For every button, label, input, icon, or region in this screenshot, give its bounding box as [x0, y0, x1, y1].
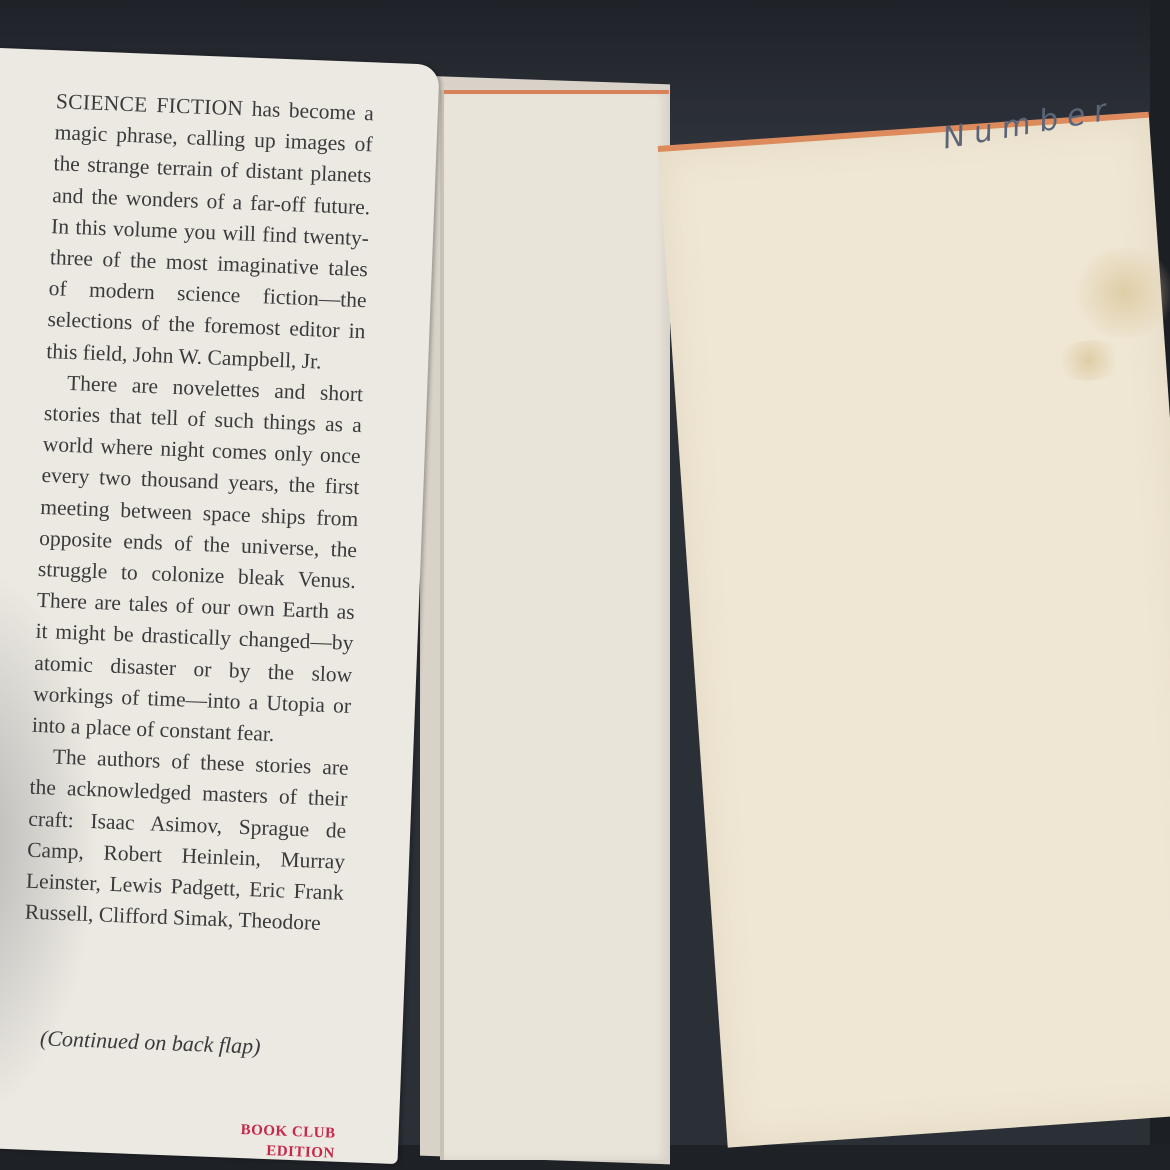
page-edge	[444, 90, 669, 94]
blurb-lead: SCIENCE FICTION	[56, 89, 244, 120]
blurb-paragraph-3: The authors of these stories are the ack…	[24, 741, 349, 940]
dust-jacket-flap: SCIENCE FICTION has become a magic phras…	[0, 48, 440, 1164]
flap-blurb: SCIENCE FICTION has become a magic phras…	[24, 86, 374, 940]
book-club-badge: BOOK CLUB EDITION	[239, 1120, 335, 1164]
blurb-paragraph-2: There are novelettes and short stories t…	[31, 367, 363, 753]
inner-hinge-strip	[440, 90, 669, 1160]
endpaper-page	[658, 116, 1170, 1148]
blurb-paragraph-1: has become a magic phrase, calling up im…	[46, 96, 374, 373]
continued-note: (Continued on back flap)	[40, 1025, 261, 1059]
foxing-stain	[1052, 338, 1125, 383]
foxing-stain	[1066, 244, 1170, 341]
badge-line-1: BOOK CLUB	[240, 1120, 336, 1144]
